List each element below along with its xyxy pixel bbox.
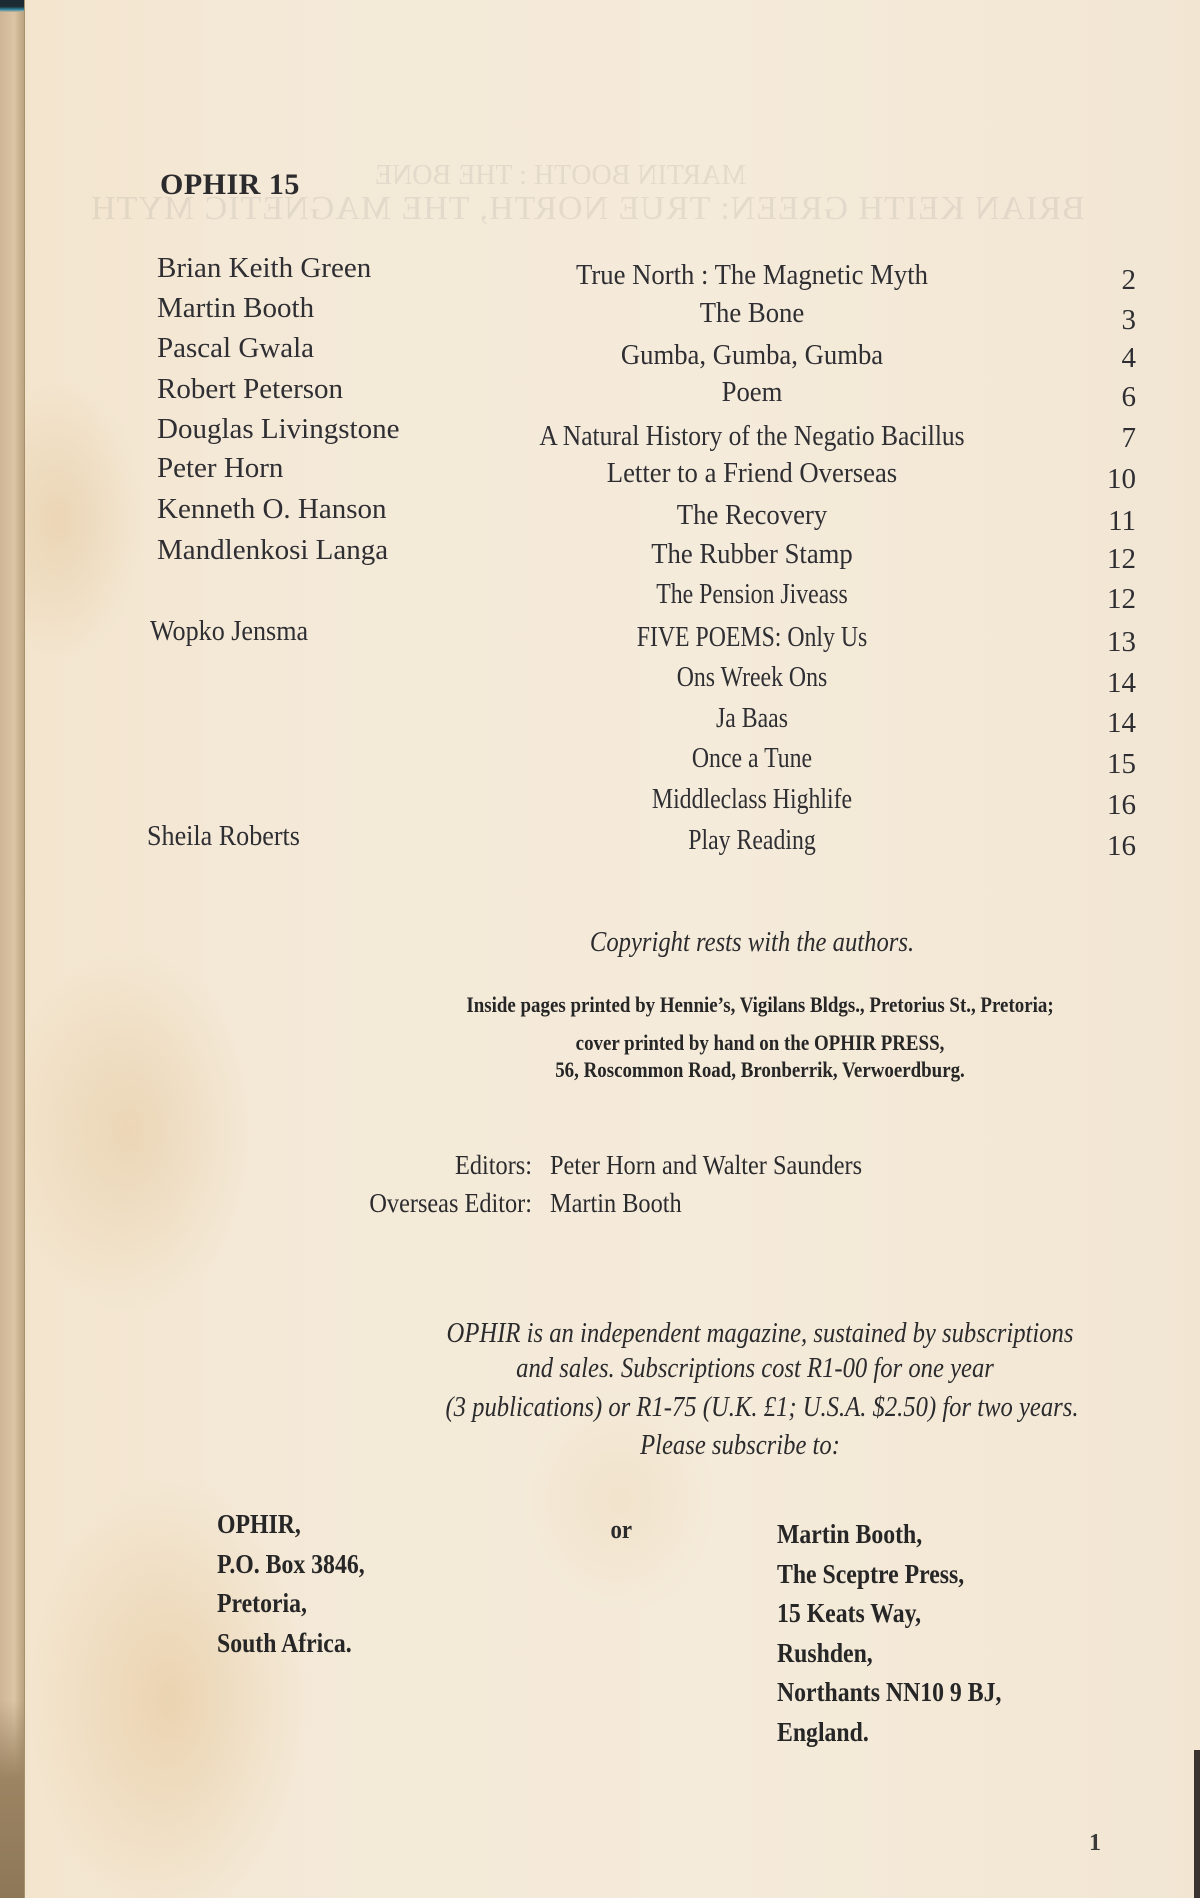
toc-entry-page-number: 16 (1076, 830, 1136, 863)
toc-entry-page-number: 13 (1076, 626, 1136, 659)
printer-line-2: cover printed by hand on the OPHIR PRESS… (330, 1030, 1190, 1056)
editors-label: Editors: (172, 1150, 532, 1181)
address-south-africa: OPHIR,P.O. Box 3846,Pretoria,South Afric… (217, 1505, 365, 1663)
page-number: 1 (1089, 1830, 1101, 1857)
toc-author: Robert Peterson (157, 373, 343, 406)
subscription-line-1: OPHIR is an independent magazine, sustai… (320, 1318, 1200, 1350)
toc-entry-title: FIVE POEMS: Only Us (506, 621, 998, 654)
toc-entry-title: Middleclass Highlife (506, 783, 998, 816)
toc-entry-title: Ons Wreek Ons (506, 661, 998, 694)
overseas-editor-value: Martin Booth (550, 1188, 682, 1219)
printer-line-3: 56, Roscommon Road, Bronberrik, Verwoerd… (330, 1057, 1190, 1083)
toc-entry-title: The Recovery (476, 499, 1028, 532)
toc-entry-page-number: 3 (1076, 304, 1136, 337)
toc-author: Mandlenkosi Langa (157, 534, 388, 567)
address-separator: or (610, 1515, 632, 1545)
printer-line-1: Inside pages printed by Hennie’s, Vigila… (330, 992, 1190, 1018)
toc-entry-title: Poem (476, 376, 1028, 409)
toc-entry-title: The Bone (476, 297, 1028, 330)
toc-entry-page-number: 12 (1076, 543, 1136, 576)
magazine-page: BRIAN KEITH GREEN: TRUE NORTH, THE MAGNE… (0, 0, 1200, 1898)
subscription-line-4: Please subscribe to: (300, 1430, 1180, 1462)
toc-entry-title: The Pension Jiveass (506, 578, 998, 611)
subscription-line-2: and sales. Subscriptions cost R1-00 for … (315, 1353, 1195, 1385)
address-line: Rushden, (777, 1634, 1001, 1674)
subscription-line-3: (3 publications) or R1-75 (U.K. £1; U.S.… (322, 1392, 1200, 1424)
toc-entry-page-number: 14 (1076, 707, 1136, 740)
toc-entry-page-number: 2 (1076, 264, 1136, 297)
toc-entry-title: Once a Tune (506, 742, 998, 775)
copyright-notice: Copyright rests with the authors. (400, 927, 1104, 959)
toc-entry-title: Gumba, Gumba, Gumba (476, 339, 1028, 372)
book-spine-edge (0, 0, 25, 1898)
address-line: Northants NN10 9 BJ, (777, 1673, 1001, 1713)
address-line: Martin Booth, (777, 1515, 1001, 1555)
page-right-edge (1194, 1750, 1200, 1898)
toc-author: Sheila Roberts (147, 820, 300, 853)
address-line: The Sceptre Press, (777, 1555, 1001, 1595)
toc-entry-page-number: 11 (1076, 505, 1136, 538)
address-line: England. (777, 1713, 1001, 1753)
address-line: Pretoria, (217, 1584, 365, 1624)
editors-value: Peter Horn and Walter Saunders (550, 1150, 862, 1181)
toc-entry-title: Letter to a Friend Overseas (476, 457, 1028, 490)
toc-author: Wopko Jensma (150, 615, 308, 648)
toc-author: Kenneth O. Hanson (157, 493, 387, 526)
toc-entry-page-number: 15 (1076, 748, 1136, 781)
toc-author: Pascal Gwala (157, 332, 314, 365)
toc-entry-title: Play Reading (506, 824, 998, 857)
toc-author: Brian Keith Green (157, 252, 371, 285)
toc-author: Peter Horn (157, 452, 283, 485)
address-line: South Africa. (217, 1624, 365, 1664)
toc-author: Martin Booth (157, 292, 314, 325)
address-england: Martin Booth,The Sceptre Press,15 Keats … (777, 1515, 1001, 1752)
spine-bottom-shadow (0, 1700, 24, 1898)
toc-entry-title: True North : The Magnetic Myth (476, 259, 1028, 292)
toc-entry-page-number: 12 (1076, 583, 1136, 616)
toc-author: Douglas Livingstone (157, 413, 399, 446)
overseas-editor-label: Overseas Editor: (172, 1188, 532, 1219)
toc-entry-page-number: 7 (1076, 422, 1136, 455)
toc-entry-page-number: 14 (1076, 667, 1136, 700)
toc-entry-title: The Rubber Stamp (476, 538, 1028, 571)
show-through-decoration: MARTIN BOOTH : THE BONE (375, 160, 746, 192)
address-line: 15 Keats Way, (777, 1594, 1001, 1634)
spine-top-band (0, 0, 24, 12)
toc-entry-page-number: 4 (1076, 342, 1136, 375)
toc-entry-page-number: 16 (1076, 789, 1136, 822)
toc-entry-page-number: 10 (1076, 463, 1136, 496)
toc-entry-title: Ja Baas (506, 702, 998, 735)
address-line: P.O. Box 3846, (217, 1545, 365, 1585)
toc-entry-page-number: 6 (1076, 381, 1136, 414)
toc-entry-title: A Natural History of the Negatio Bacillu… (488, 420, 1016, 453)
issue-title: OPHIR 15 (160, 168, 300, 202)
address-line: OPHIR, (217, 1505, 365, 1545)
